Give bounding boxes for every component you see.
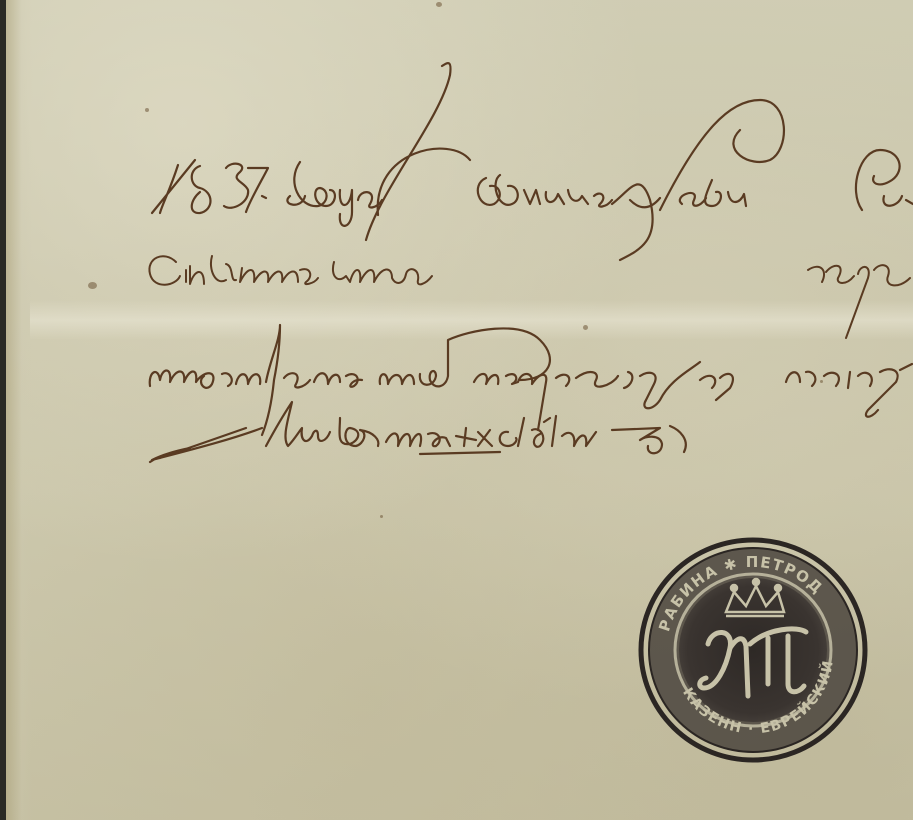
rabbi-seal-stamp: РАБИНА ✱ ПЕТРОД КАЗЕНН · ЕВРЕЙСКИЙ xyxy=(638,536,868,764)
handwriting-line-1 xyxy=(152,63,913,260)
handwriting-line-2 xyxy=(149,256,910,338)
handwriting-line-4 xyxy=(150,402,686,462)
seal-graphic: РАБИНА ✱ ПЕТРОД КАЗЕНН · ЕВРЕЙСКИЙ xyxy=(638,536,868,764)
document-page: РАБИНА ✱ ПЕТРОД КАЗЕНН · ЕВРЕЙСКИЙ 1837.… xyxy=(0,0,913,820)
handwriting-line-3 xyxy=(150,325,912,435)
